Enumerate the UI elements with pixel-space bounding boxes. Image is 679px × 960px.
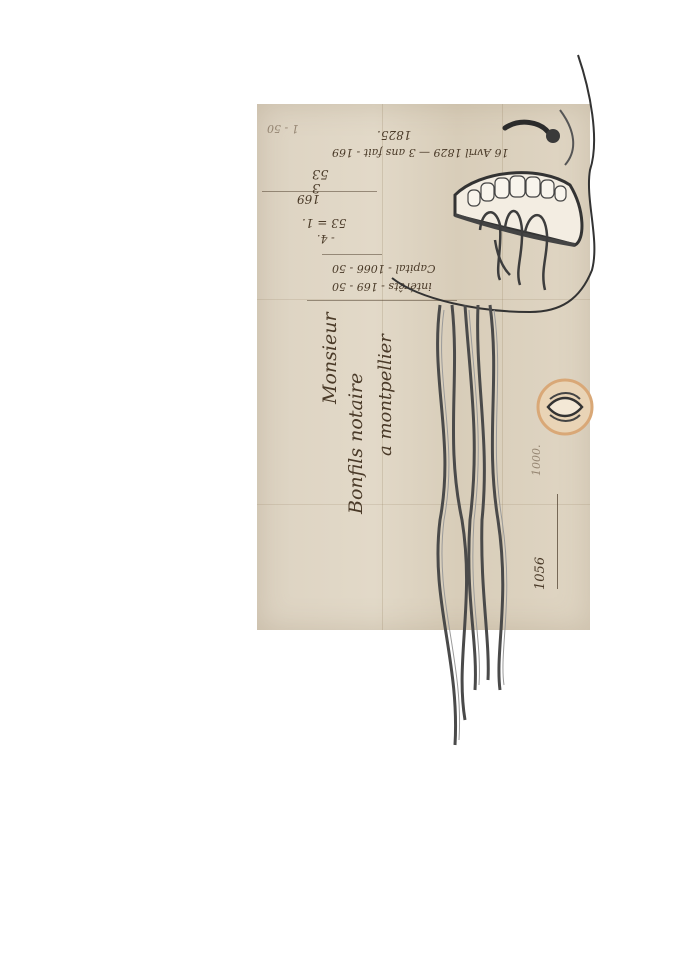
nostril-right xyxy=(546,129,560,143)
eye-icon xyxy=(548,398,582,416)
hanging-tendrils xyxy=(438,305,503,745)
nostril-left xyxy=(505,122,548,132)
face-drawing xyxy=(0,0,679,960)
